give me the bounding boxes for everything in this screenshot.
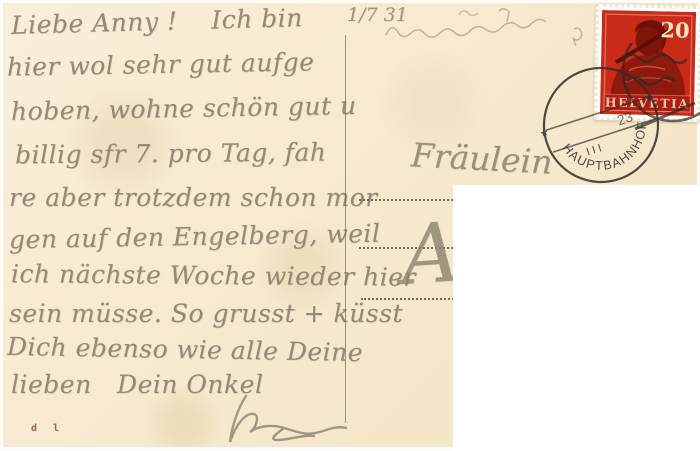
message-line: hoben, wohne schön gut u [11,91,357,126]
postcard: Liebe Anny ! Ich bin hier wol sehr gut a… [3,3,697,447]
redaction-overlay [453,185,700,451]
stamp-value: 20 [660,17,690,43]
postmark-date: 23 [615,108,635,128]
message-line: gen auf den Engelberg, weil [9,219,381,254]
message-line: hier wol sehr gut aufge [7,47,315,81]
message-line: Liebe Anny ! Ich bin [11,3,303,40]
divider-line [345,35,346,423]
message-line: sein müsse. So grusst + küsst [9,299,403,328]
signature-flourish [188,388,358,450]
message-line: re aber trotzdem schon mor [9,183,378,212]
postmark-code: III [585,141,606,158]
printer-mark: d l [31,423,64,434]
message-line: ich nächste Woche wieder hier [11,259,416,292]
message-line: Dich ebenso wie alle Deine [7,332,364,367]
message-line: billig sfr 7. pro Tag, fah [15,138,327,170]
postmark: 23 III ★ ★ HAUPTBAHNHOF [523,43,700,193]
